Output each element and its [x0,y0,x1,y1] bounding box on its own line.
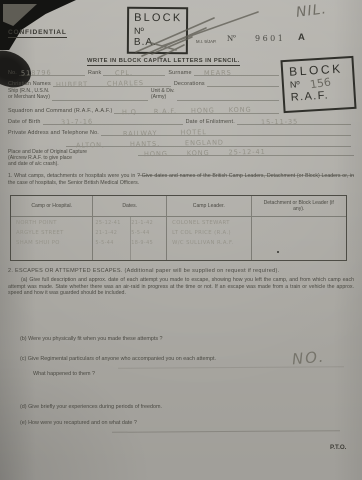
q2c-followup-text: What happened to them ? [33,371,95,377]
capture-label: Place and Date of Original Capture (Airc… [8,150,87,168]
dates-header: Dates. [93,196,166,217]
q2b-text: (b) Were you physically fit when you mad… [20,336,163,342]
form-series: A [298,32,305,43]
service-no-label: No. [8,70,17,76]
date-from-1: 21-1-42 [95,230,117,236]
q2c-text: (c) Give Regimental particulars of anyon… [20,356,216,362]
surname-line: MEARS [194,67,279,76]
service-no-line: 518796 [19,67,85,76]
field-row-dates: Date of Birth 31-7-16 Date of Enlistment… [8,116,354,125]
raf-stamp-unit-label: R.A.F. [290,88,348,104]
leader-column: Camp Leader. COLONEL STEWART LT COL PRIC… [167,196,251,260]
block-leader-column: Detachment or Block Leader (if any). [252,196,346,260]
capture-value: HONG KONG 25-12-41 [144,148,266,159]
leader-header: Camp Leader. [167,196,250,217]
camp-column: Camp or Hospital. NORTH POINT ARGYLE STR… [11,196,93,260]
squadron-line: H.Q. R.A.F. HONG KONG [114,105,279,114]
private-address-line1: RAILWAY HOTEL [101,127,351,136]
field-row-address: Private Address and Telephone No. RAILWA… [8,127,354,136]
rank-value: CPL. [115,69,133,77]
squadron-value: H.Q. R.A.F. HONG KONG [122,106,252,117]
q2c-answer: NO. [291,348,326,369]
field-row-squadron: Squadron and Command (R.A.F., A.A.F.) H.… [8,105,282,114]
question-1-text: 1. What camps, detachments or hospitals … [8,173,354,186]
date-of-birth-line: 31-7-16 [43,116,183,125]
question-2-heading: 2. ESCAPES OR ATTEMPTED ESCAPES. (Additi… [8,268,354,274]
capture-line1: HONG KONG 25-12-41 [138,147,354,156]
service-no-value: 518796 [21,69,52,78]
date-from-2: 5-5-44 [95,240,113,246]
unit-div-line [177,92,279,101]
leader-row-2: W/C SULLIVAN R.A.F. [172,240,234,246]
camp-header: Camp or Hospital. [11,196,92,217]
christian-names-line: HUBERT CHARLES [53,78,171,87]
private-address-value1: RAILWAY HOTEL [123,128,207,138]
date-of-enlistment-value: 15-11-35 [261,118,298,127]
ink-speck [277,251,279,253]
date-of-enlistment-line: 15-11-35 [237,116,351,125]
pencil-line-c [118,366,344,369]
q2e-text: (e) How were you recaptured and on what … [20,420,137,426]
christian-names-label: Christian Names [8,81,51,87]
ship-label: Ship (R.N., U.S.N.or Merchant Navy) [8,89,50,101]
camp-row-1: ARGYLE STREET [16,230,64,236]
pencil-scribble [118,4,268,66]
leader-row-0: COLONEL STEWART [172,220,230,226]
block-leader-header: Detachment or Block Leader (if any). [252,196,346,217]
camp-row-0: NORTH POINT [16,220,57,226]
camp-row-2: SHAM SHUI PO [16,240,60,246]
private-address-label: Private Address and Telephone No. [8,130,99,136]
pencil-line-e [112,430,340,433]
unit-div-label: Unit & Div.(Army) [151,89,175,101]
surname-value: MEARS [204,69,232,78]
nil-annotation: NIL. [295,1,328,21]
pow-questionnaire-form: CONFIDENTIAL BLOCK Nº B.A. M.I. 9/JAP. N… [0,0,362,480]
decorations-label: Decorations [174,81,205,87]
ship-line [52,92,148,101]
camps-table: Camp or Hospital. NORTH POINT ARGYLE STR… [10,195,347,261]
squadron-label: Squadron and Command (R.A.F., A.A.F.) [8,108,112,114]
decorations-line [207,78,279,87]
date-of-birth-label: Date of Birth [8,119,41,125]
field-row-names: Christian Names HUBERT CHARLES Decoratio… [8,78,282,87]
form-number: 9601 [255,34,285,43]
raf-stamp-no-label: Nº [290,78,301,92]
leader-row-1: LT COL PRICE (R.A.) [172,230,231,236]
rank-label: Rank [88,70,101,76]
date-from-0: 25-12-41 [95,220,120,226]
private-address-line2: ALTON, HANTS, ENGLAND [66,138,351,147]
confidential-label: CONFIDENTIAL [8,29,67,38]
raf-stamp: BLOCK Nº 156 R.A.F. [280,56,356,113]
field-row-ship-unit: Ship (R.N., U.S.N.or Merchant Navy) Unit… [8,89,282,101]
q2d-text: (d) Give briefly your experiences during… [20,404,162,410]
date-of-birth-value: 31-7-16 [60,118,92,127]
date-to-2: 18-9-45 [131,240,153,246]
date-of-enlistment-label: Date of Enlistment. [186,119,235,125]
instruction-heading: WRITE IN BLOCK CAPITAL LETTERS IN PENCIL… [87,58,240,66]
pto-label: P.T.O. [330,444,346,451]
field-row-identity: No. 518796 Rank CPL. Surname MEARS [8,67,282,76]
field-row-address2: ALTON, HANTS, ENGLAND [64,138,354,147]
christian-names-value: HUBERT CHARLES [56,79,144,89]
date-to-0: 21-1-42 [131,220,153,226]
rank-line: CPL. [103,67,165,76]
dates-column: Dates. 25-12-41 21-1-42 21-1-42 5-5-44 5… [93,196,167,260]
q2a-text: (a) Give full description and approx. da… [8,277,354,297]
reference-label: M.I. 9/JAP. [196,39,216,44]
date-to-1: 5-5-44 [131,230,149,236]
form-number-label: Nº [227,33,236,43]
surname-label: Surname [168,70,191,76]
